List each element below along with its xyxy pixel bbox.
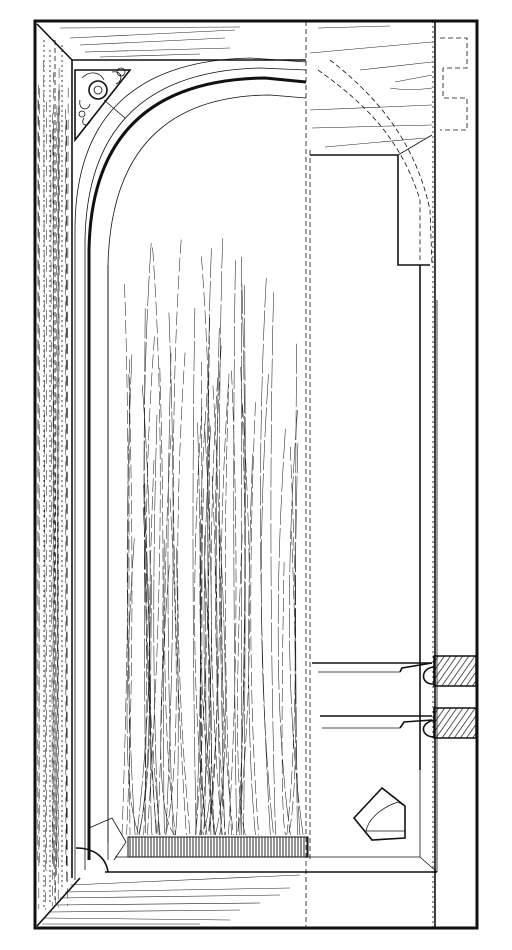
grain-line: [260, 278, 270, 835]
grain-line: [234, 260, 237, 835]
grain-line: [164, 539, 165, 835]
grain-line: [217, 328, 222, 835]
arched-panel: [75, 58, 310, 880]
grain-line: [178, 353, 190, 836]
grain-line: [238, 405, 250, 835]
grain-line: [151, 575, 153, 835]
grain-line: [271, 292, 276, 835]
grain-line: [44, 60, 46, 910]
grain-line: [165, 435, 176, 835]
grain-line: [228, 371, 236, 835]
grain-line: [287, 447, 296, 835]
moulding-sections: [312, 656, 476, 738]
grain-line: [208, 248, 214, 835]
grain-line: [51, 134, 53, 906]
arched-door-engraving: [0, 0, 512, 950]
stile-wood-grain: [38, 60, 68, 910]
bottom-rail: [42, 818, 308, 924]
grain-line: [208, 318, 211, 835]
grain-line: [196, 423, 201, 835]
grain-line: [166, 313, 173, 835]
grain-line: [39, 88, 40, 909]
panel-wood-grain: [122, 238, 303, 835]
grain-line: [67, 120, 68, 906]
drawing-canvas: [0, 0, 512, 950]
grain-line: [261, 374, 273, 835]
grain-line: [225, 374, 231, 835]
spandrel-ornament: [75, 68, 130, 140]
grain-line: [174, 240, 187, 835]
corner-block: [354, 788, 405, 840]
grain-line: [193, 308, 196, 835]
grain-line: [166, 498, 177, 835]
top-rail: [60, 26, 432, 147]
grain-line: [282, 562, 285, 835]
grain-line: [278, 429, 290, 835]
